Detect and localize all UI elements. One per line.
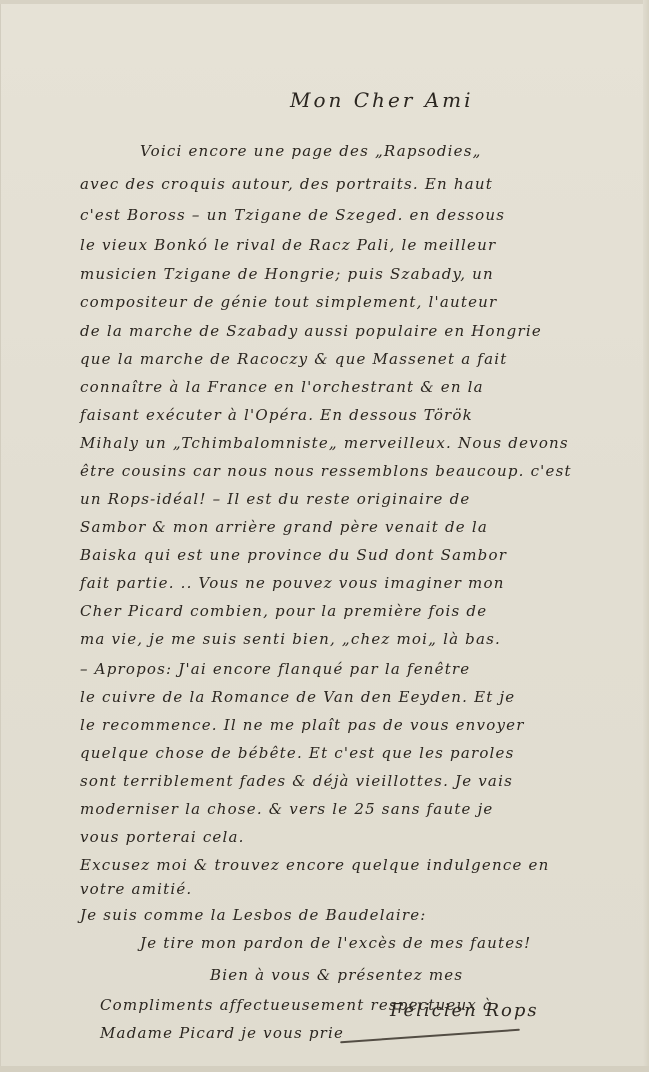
letter-line: que la marche de Racoczy & que Massenet …	[80, 350, 507, 368]
letter-line: – Apropos: J'ai encore flanqué par la fe…	[80, 660, 470, 678]
letter-line: Baiska qui est une province du Sud dont …	[80, 546, 507, 564]
letter-line: faisant exécuter à l'Opéra. En dessous T…	[80, 406, 473, 424]
letter-line: votre amitié.	[80, 880, 192, 898]
letter-line: vous porterai cela.	[80, 828, 245, 846]
signature: Félicien Rops	[390, 1000, 539, 1021]
paper-edge-right	[643, 0, 649, 1072]
letter-line: ma vie, je me suis senti bien, „chez moi…	[80, 630, 501, 648]
letter-line: le cuivre de la Romance de Van den Eeyde…	[80, 688, 515, 706]
letter-line: Mihaly un „Tchimbalomniste„ merveilleux.…	[80, 434, 569, 452]
paper-edge-bottom	[0, 1066, 649, 1072]
letter-line: quelque chose de bébête. Et c'est que le…	[80, 744, 515, 762]
letter-line: c'est Boross – un Tzigane de Szeged. en …	[80, 206, 505, 224]
letter-line: fait partie. .. Vous ne pouvez vous imag…	[80, 574, 505, 592]
letter-line: de la marche de Szabady aussi populaire …	[80, 322, 542, 340]
letter-line: avec des croquis autour, des portraits. …	[80, 175, 493, 193]
letter-line: être cousins car nous nous ressemblons b…	[80, 462, 572, 480]
letter-line: Excusez moi & trouvez encore quelque ind…	[80, 856, 549, 874]
letter-page: Mon Cher Ami Voici encore une page des „…	[0, 0, 649, 1072]
letter-line: musicien Tzigane de Hongrie; puis Szabad…	[80, 265, 494, 283]
closing-line: Bien à vous & présentez mes	[210, 966, 463, 984]
letter-line: Je tire mon pardon de l'excès de mes fau…	[140, 934, 531, 952]
signature-flourish	[340, 1029, 520, 1044]
letter-line: Cher Picard combien, pour la première fo…	[80, 602, 487, 620]
closing-line: Madame Picard je vous prie	[100, 1024, 344, 1042]
letter-line: Voici encore une page des „Rapsodies„	[140, 142, 482, 160]
letter-line: sont terriblement fades & déjà vieillott…	[80, 772, 513, 790]
letter-line: compositeur de génie tout simplement, l'…	[80, 293, 497, 311]
letter-line: le recommence. Il ne me plaît pas de vou…	[80, 716, 525, 734]
letter-line: le vieux Bonkó le rival de Racz Pali, le…	[80, 236, 496, 254]
letter-line: Je suis comme la Lesbos de Baudelaire:	[80, 906, 427, 924]
salutation: Mon Cher Ami	[290, 88, 474, 112]
paper-edge-top	[0, 0, 649, 4]
letter-line: connaître à la France en l'orchestrant &…	[80, 378, 484, 396]
letter-line: Sambor & mon arrière grand père venait d…	[80, 518, 488, 536]
letter-line: moderniser la chose. & vers le 25 sans f…	[80, 800, 494, 818]
letter-line: un Rops-idéal! – Il est du reste origina…	[80, 490, 470, 508]
